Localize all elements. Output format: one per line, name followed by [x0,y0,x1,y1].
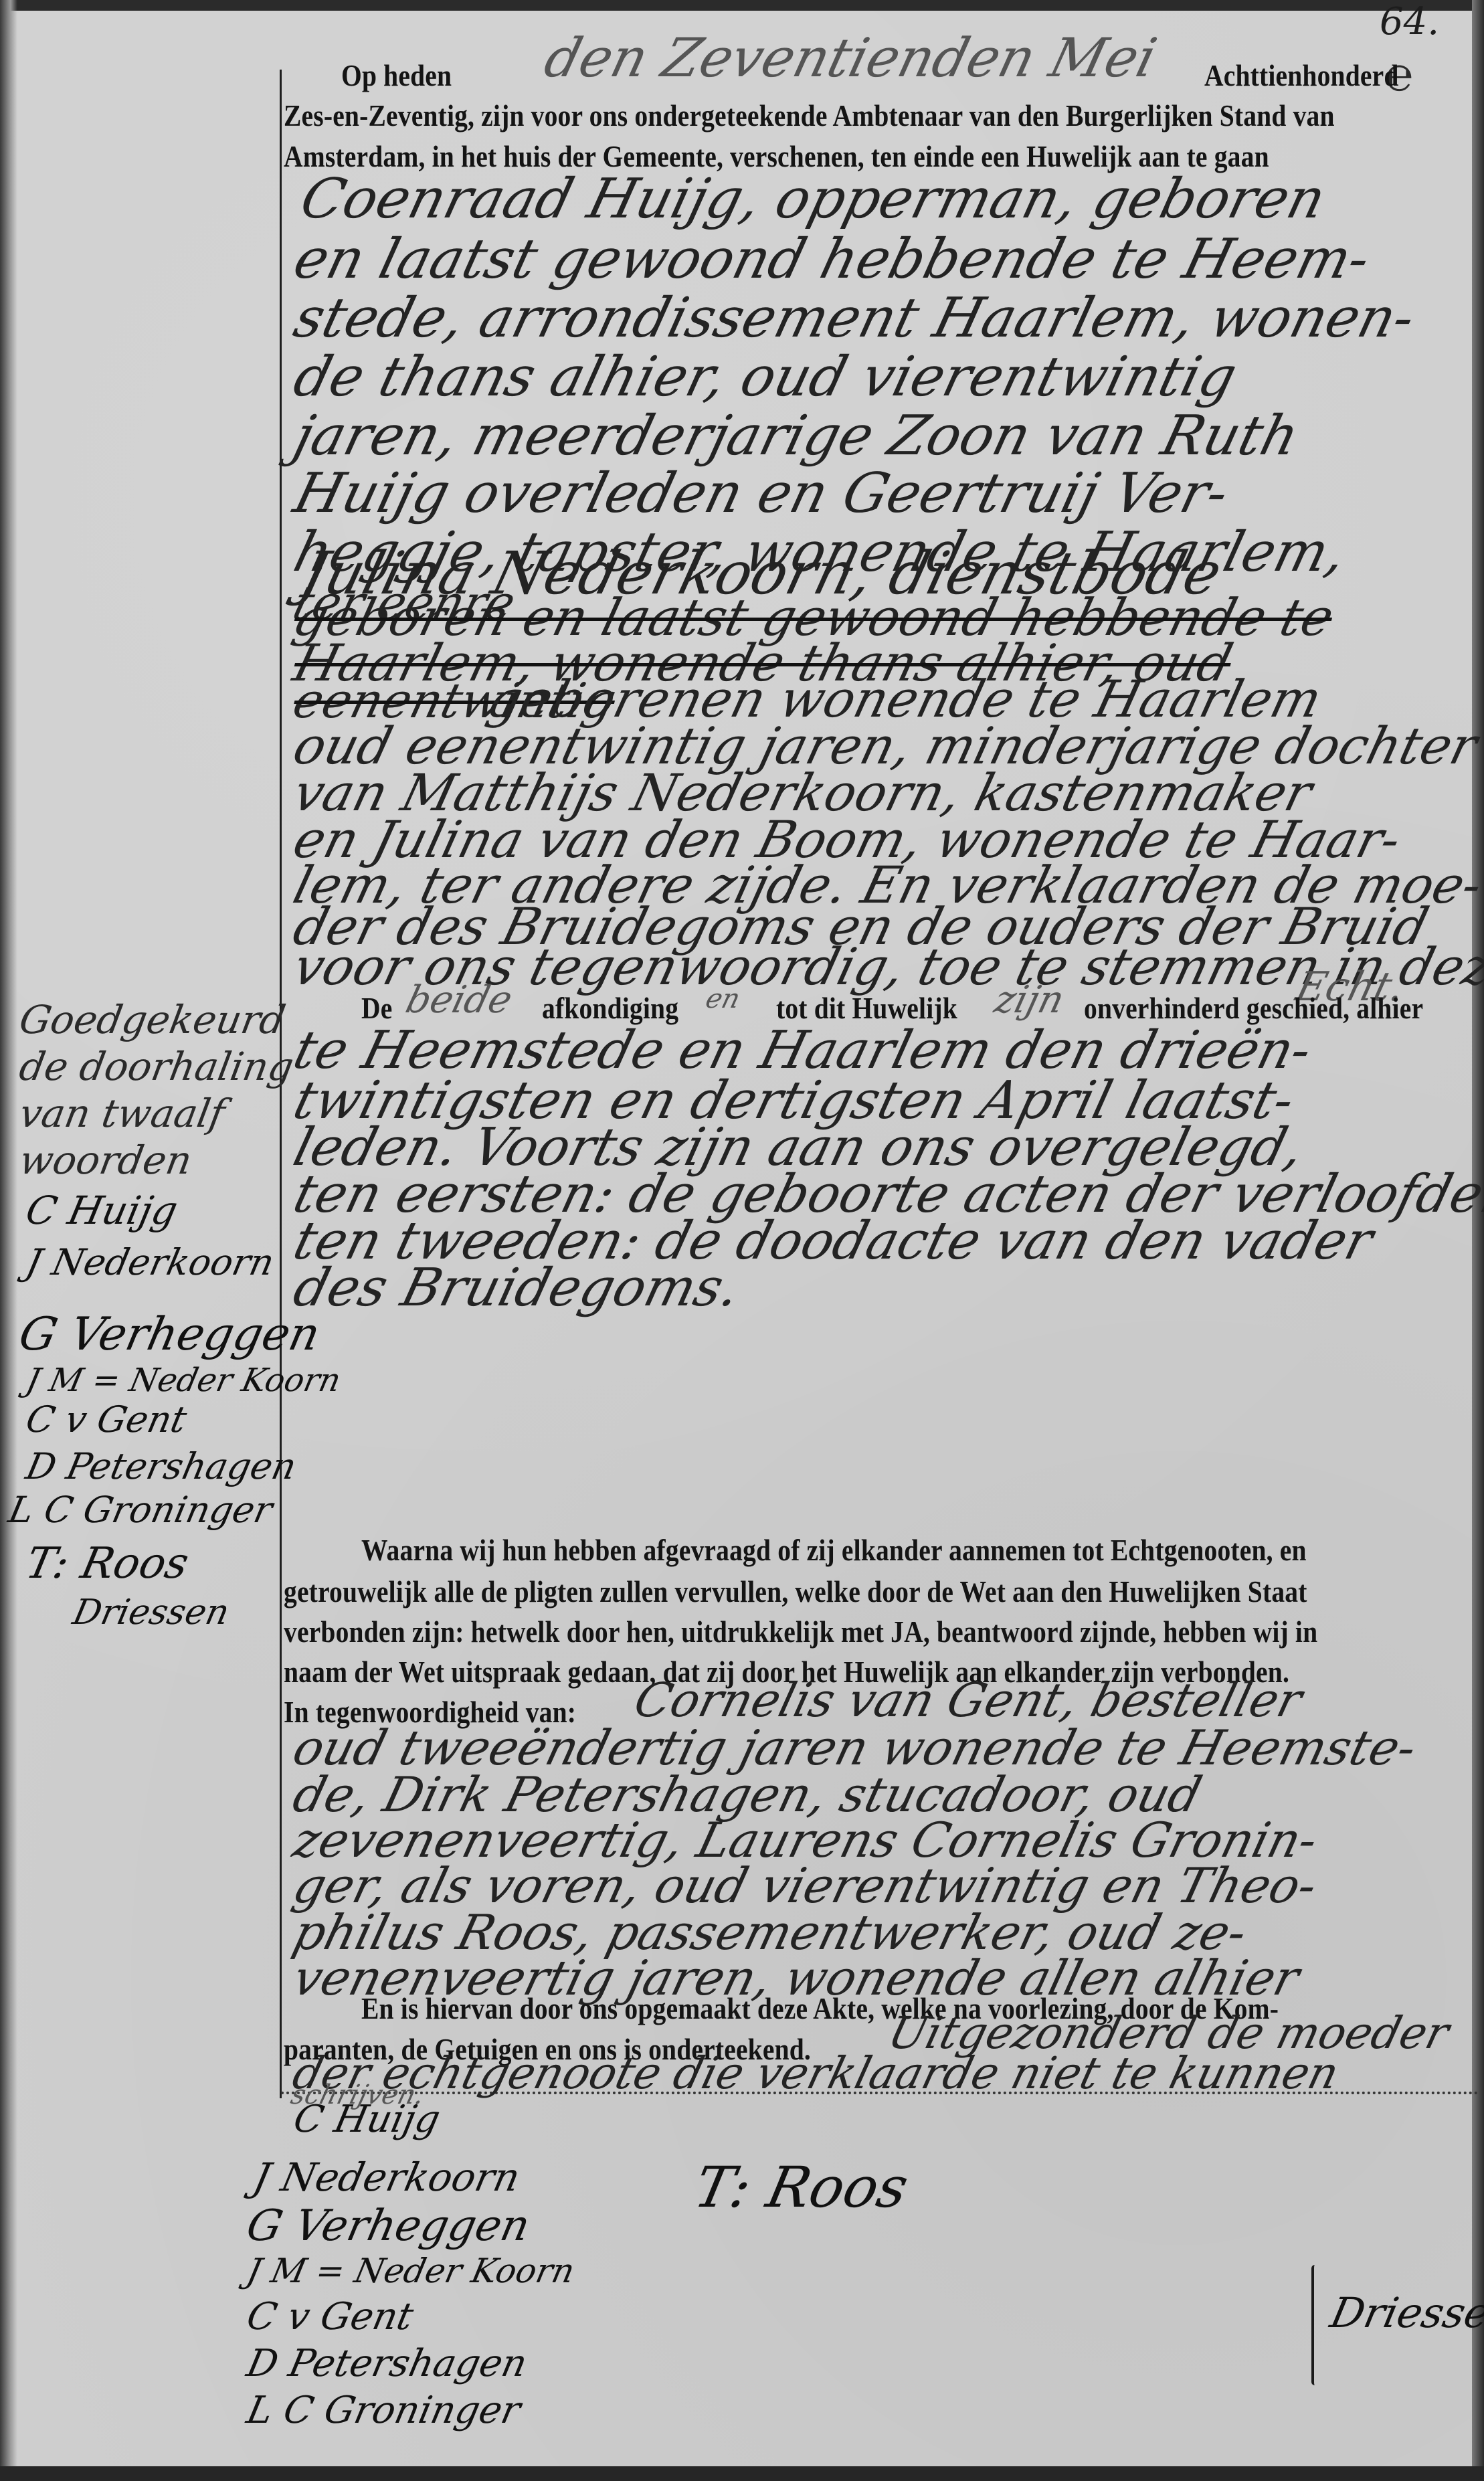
groom-line: jaren, meerderjarige Zoon van Ruth [288,404,1305,468]
margin-signature: C Huijg [22,1188,182,1233]
bottom-signature: D Petershagen [243,2342,531,2385]
handwritten-date: den Zeventienden Mei [539,27,1163,89]
margin-signature: J Nederkoorn [22,1241,278,1283]
bottom-signature: J M = Neder Koorn [244,2252,578,2290]
margin-signature: T: Roos [21,1539,193,1588]
groom-line: stede, arrondissement Haarlem, wonen- [288,286,1421,350]
bottom-signature: L C Groninger [243,2389,524,2432]
publication-line: des Bruidegoms. [288,1258,746,1318]
official-signature: Driessen [1326,2288,1484,2337]
printed-waarna-3: verbonden zijn: hetwelk door hen, uitdru… [284,1614,1317,1649]
printed-achttienhonderd: Achttienhonderd [1204,58,1399,93]
margin-signature: C v Gent [22,1398,190,1441]
witness-signature-roos: T: Roos [689,2154,914,2220]
printed-waarna-1: Waarna wij hun hebben afgevraagd of zij … [361,1532,1307,1568]
margin-note-line: van twaalf [16,1091,228,1136]
brace-mark [1311,2265,1318,2385]
handwritten-beide: beide [401,978,517,1022]
page-right-edge [1472,0,1484,2481]
groom-line: Huijg overleden en Geertruij Ver- [288,462,1234,525]
groom-line: en laatst gewoond hebbende te Heem- [288,227,1376,291]
margin-signature: L C Groninger [5,1489,276,1531]
bottom-signature: J Nederkoorn [250,2154,524,2200]
bottom-signature: C v Gent [243,2295,417,2338]
printed-line-2: Zes-en-Zeventig, zijn voor ons ondergete… [284,98,1335,133]
printed-waarna-2: getrouwelijk alle de pligten zullen verv… [284,1574,1307,1609]
margin-note-line: Goedgekeurd [16,997,289,1042]
bottom-signature: C Huijg [290,2098,444,2141]
margin-note-line: de doorhaling [16,1044,297,1089]
binding-shadow [0,0,17,2481]
printed-op-heden: Op heden [341,58,452,93]
margin-signature: G Verheggen [15,1308,324,1361]
bottom-signature: G Verheggen [242,2201,534,2251]
margin-signature: J M = Neder Koorn [23,1362,344,1399]
exception-line: der echtgenoote die verklaarde niet te k… [288,2047,1344,2099]
page-number: 64. [1380,0,1439,43]
margin-note-line: woorden [16,1137,195,1183]
margin-signature: Driessen [70,1592,233,1633]
page-bottom-edge [0,2466,1484,2481]
groom-line: Coenraad Huijg, opperman, geboren [294,167,1331,231]
groom-line: de thans alhier, oud vierentwintig [288,345,1243,409]
margin-signature: D Petershagen [22,1445,300,1487]
handwritten-zijn: zijn [990,978,1069,1022]
